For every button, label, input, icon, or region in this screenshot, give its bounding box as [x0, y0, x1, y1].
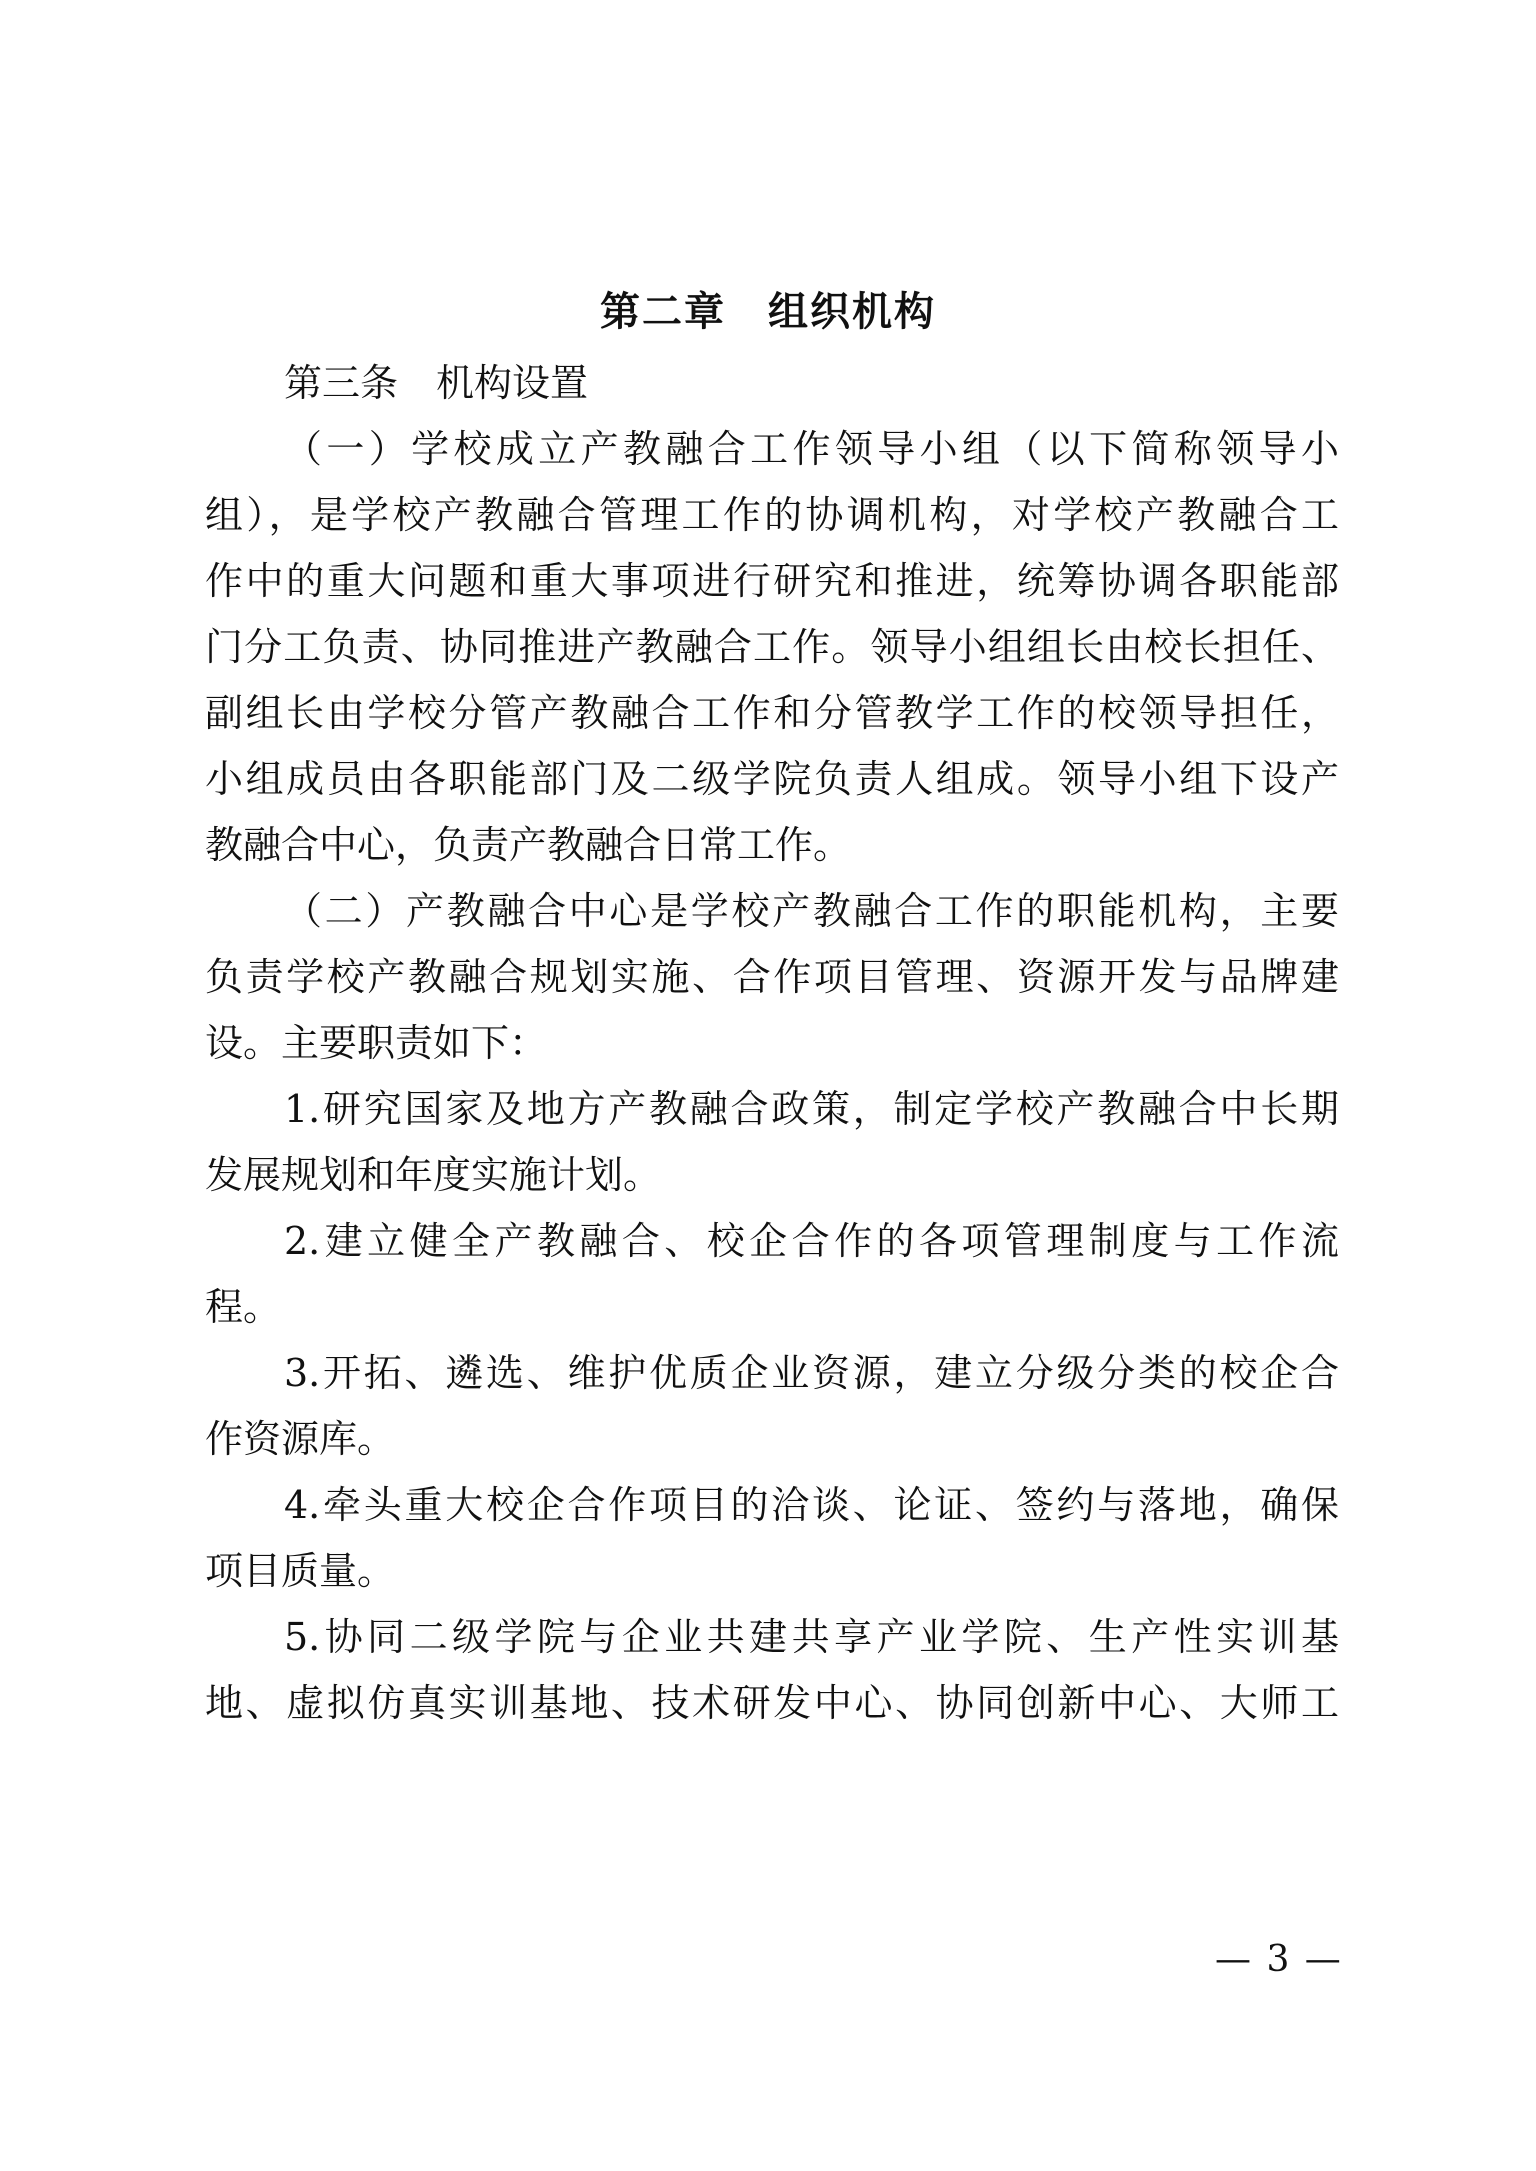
document-body: 第三条 机构设置 （一）学校成立产教融合工作领导小组（以下简称领导小 组），是学…: [205, 350, 1339, 1736]
paragraph-line: 5.协同二级学院与企业共建共享产业学院、生产性实训基: [205, 1604, 1339, 1670]
article-heading: 第三条 机构设置: [205, 350, 1339, 416]
chapter-title: 第二章 组织机构: [0, 282, 1536, 342]
paragraph-line: 项目质量。: [205, 1538, 1339, 1604]
paragraph-line: 1.研究国家及地方产教融合政策，制定学校产教融合中长期: [205, 1076, 1339, 1142]
paragraph-line: 教融合中心，负责产教融合日常工作。: [205, 812, 1339, 878]
duty-item-2: 2.建立健全产教融合、校企合作的各项管理制度与工作流 程。: [205, 1208, 1339, 1340]
paragraph-line: 地、虚拟仿真实训基地、技术研发中心、协同创新中心、大师工: [205, 1670, 1339, 1736]
paragraph-line: 程。: [205, 1274, 1339, 1340]
duty-item-3: 3.开拓、遴选、维护优质企业资源，建立分级分类的校企合 作资源库。: [205, 1340, 1339, 1472]
paragraph-leading-group: （一）学校成立产教融合工作领导小组（以下简称领导小 组），是学校产教融合管理工作…: [205, 416, 1339, 878]
duty-item-1: 1.研究国家及地方产教融合政策，制定学校产教融合中长期 发展规划和年度实施计划。: [205, 1076, 1339, 1208]
paragraph-line: 发展规划和年度实施计划。: [205, 1142, 1339, 1208]
duty-item-5: 5.协同二级学院与企业共建共享产业学院、生产性实训基 地、虚拟仿真实训基地、技术…: [205, 1604, 1339, 1736]
paragraph-line: 负责学校产教融合规划实施、合作项目管理、资源开发与品牌建: [205, 944, 1339, 1010]
paragraph-line: 4.牵头重大校企合作项目的洽谈、论证、签约与落地，确保: [205, 1472, 1339, 1538]
paragraph-line: 2.建立健全产教融合、校企合作的各项管理制度与工作流: [205, 1208, 1339, 1274]
paragraph-line: 设。主要职责如下：: [205, 1010, 1339, 1076]
document-page: 第二章 组织机构 第三条 机构设置 （一）学校成立产教融合工作领导小组（以下简称…: [0, 0, 1536, 2171]
paragraph-line: 副组长由学校分管产教融合工作和分管教学工作的校领导担任，: [205, 680, 1339, 746]
paragraph-line: 作资源库。: [205, 1406, 1339, 1472]
paragraph-line: 组），是学校产教融合管理工作的协调机构，对学校产教融合工: [205, 482, 1339, 548]
paragraph-line: 门分工负责、协同推进产教融合工作。领导小组组长由校长担任、: [205, 614, 1339, 680]
paragraph-line: （一）学校成立产教融合工作领导小组（以下简称领导小: [205, 416, 1339, 482]
paragraph-line: 作中的重大问题和重大事项进行研究和推进，统筹协调各职能部: [205, 548, 1339, 614]
paragraph-center-duties: （二）产教融合中心是学校产教融合工作的职能机构，主要 负责学校产教融合规划实施、…: [205, 878, 1339, 1076]
paragraph-line: 3.开拓、遴选、维护优质企业资源，建立分级分类的校企合: [205, 1340, 1339, 1406]
duty-item-4: 4.牵头重大校企合作项目的洽谈、论证、签约与落地，确保 项目质量。: [205, 1472, 1339, 1604]
paragraph-line: 小组成员由各职能部门及二级学院负责人组成。领导小组下设产: [205, 746, 1339, 812]
paragraph-line: （二）产教融合中心是学校产教融合工作的职能机构，主要: [205, 878, 1339, 944]
page-number: — 3 —: [1215, 1935, 1343, 1985]
